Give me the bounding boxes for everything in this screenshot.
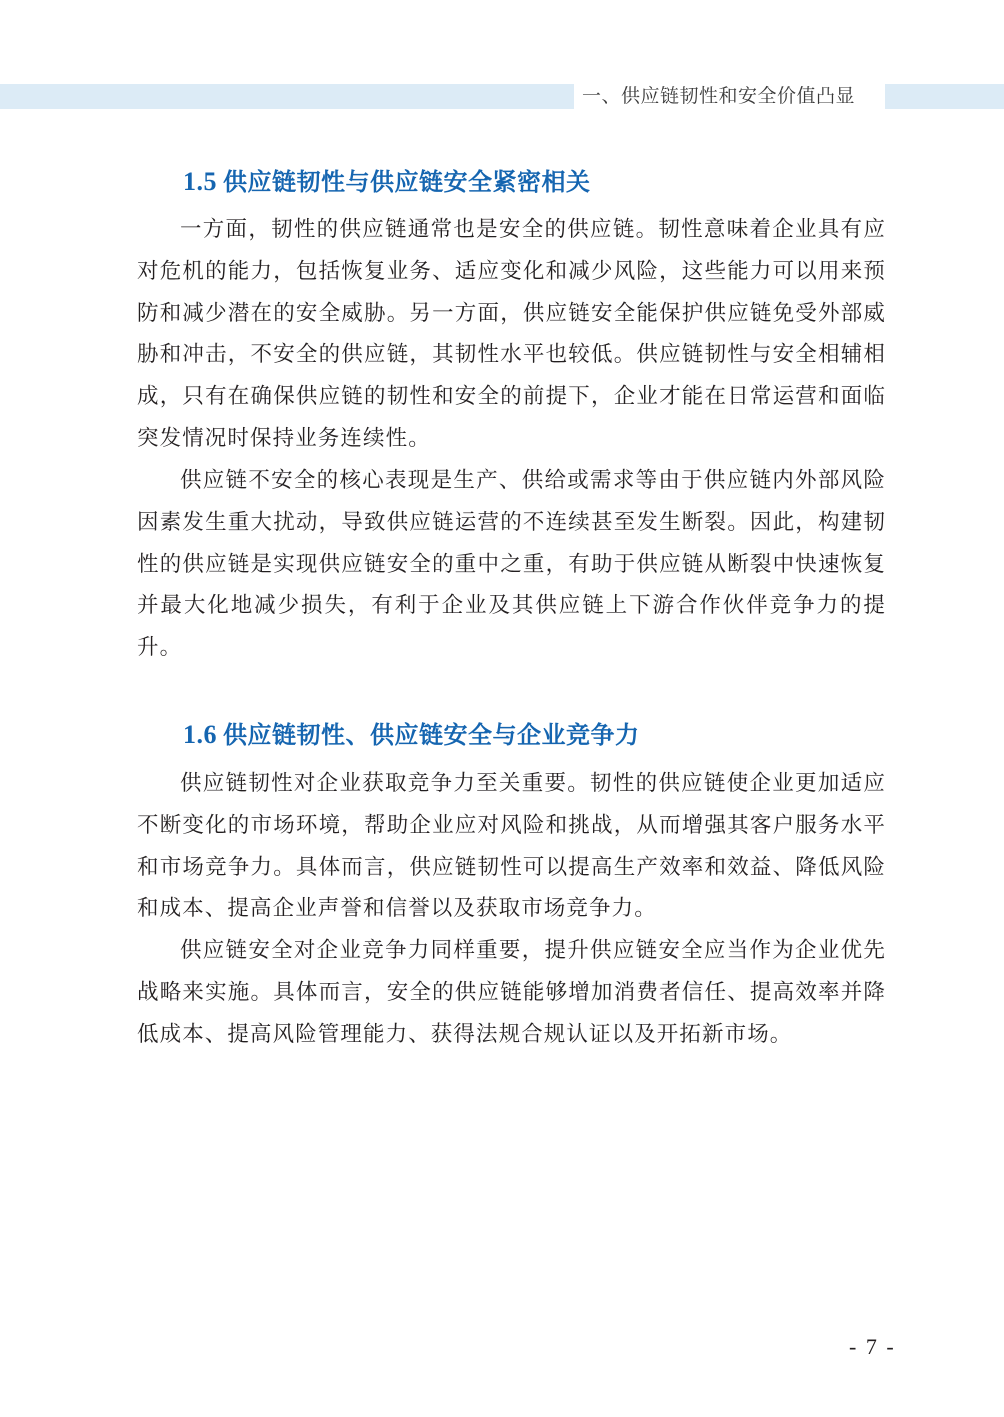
section-number: 1.6 bbox=[183, 720, 217, 749]
section-title: 供应链韧性与供应链安全紧密相关 bbox=[223, 168, 591, 196]
section-heading-1-5: 1.5供应链韧性与供应链安全紧密相关 bbox=[183, 162, 591, 197]
paragraph: 供应链韧性对企业获取竞争力至关重要。韧性的供应链使企业更加适应不断变化的市场环境… bbox=[137, 763, 886, 930]
header-bar-right bbox=[885, 84, 1004, 109]
header-bar-left bbox=[0, 84, 574, 109]
page-number: - 7 - bbox=[849, 1334, 896, 1360]
paragraph: 供应链安全对企业竞争力同样重要，提升供应链安全应当作为企业优先战略来实施。具体而… bbox=[137, 930, 886, 1055]
paragraph: 一方面，韧性的供应链通常也是安全的供应链。韧性意味着企业具有应对危机的能力，包括… bbox=[137, 209, 886, 460]
paragraph: 供应链不安全的核心表现是生产、供给或需求等由于供应链内外部风险因素发生重大扰动，… bbox=[137, 460, 886, 669]
section-heading-1-6: 1.6供应链韧性、供应链安全与企业竞争力 bbox=[183, 715, 640, 750]
running-header-title: 一、供应链韧性和安全价值凸显 bbox=[582, 84, 855, 109]
section-number: 1.5 bbox=[183, 167, 217, 196]
section-title: 供应链韧性、供应链安全与企业竞争力 bbox=[223, 721, 640, 749]
